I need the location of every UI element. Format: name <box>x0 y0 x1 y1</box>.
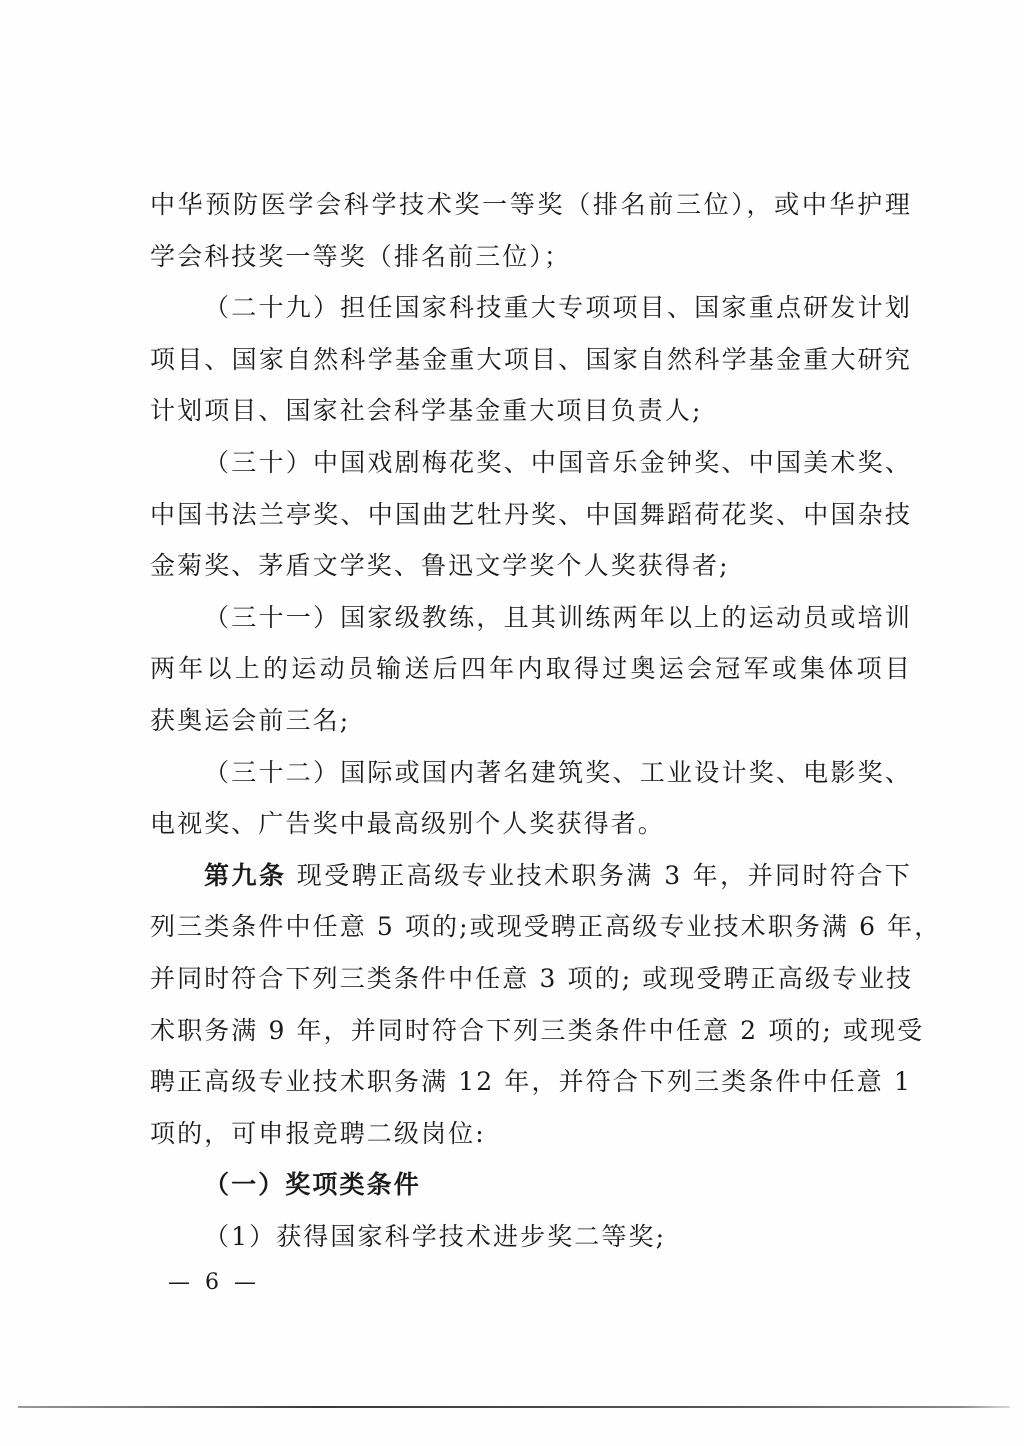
text-line: 电视奖、广告奖中最高级别个人奖获得者。 <box>150 798 912 850</box>
article-9-first-line: 第九条 现受聘正高级专业技术职务满 3 年，并同时符合下 <box>150 850 912 902</box>
section-heading-awards: （一）奖项类条件 <box>150 1159 912 1211</box>
text-line: 计划项目、国家社会科学基金重大项目负责人; <box>150 385 912 437</box>
text-line: 并同时符合下列三类条件中任意 3 项的; 或现受聘正高级专业技 <box>150 953 912 1005</box>
article-text: 现受聘正高级专业技术职务满 3 年，并同时符合下 <box>286 861 912 890</box>
text-line: 中国书法兰亭奖、中国曲艺牡丹奖、中国舞蹈荷花奖、中国杂技 <box>150 489 912 541</box>
document-page: 中华预防医学会科学技术奖一等奖（排名前三位），或中华护理 学会科技奖一等奖（排名… <box>0 0 1024 1446</box>
text-line: 列三类条件中任意 5 项的;或现受聘正高级专业技术职务满 6 年， <box>150 901 912 953</box>
text-line: 中华预防医学会科学技术奖一等奖（排名前三位），或中华护理 <box>150 179 912 231</box>
text-line: 聘正高级专业技术职务满 12 年，并符合下列三类条件中任意 1 <box>150 1056 912 1108</box>
list-item-30-line: （三十）中国戏剧梅花奖、中国音乐金钟奖、中国美术奖、 <box>150 437 912 489</box>
text-line: 项的，可申报竞聘二级岗位: <box>150 1108 912 1160</box>
text-line: 两年以上的运动员输送后四年内取得过奥运会冠军或集体项目 <box>150 643 912 695</box>
text-line: 金菊奖、茅盾文学奖、鲁迅文学奖个人奖获得者; <box>150 540 912 592</box>
page-number: — 6 — <box>168 1266 260 1300</box>
document-body: 中华预防医学会科学技术奖一等奖（排名前三位），或中华护理 学会科技奖一等奖（排名… <box>150 179 912 1262</box>
list-item-31-line: （三十一）国家级教练，且其训练两年以上的运动员或培训 <box>150 592 912 644</box>
text-line: 术职务满 9 年，并同时符合下列三类条件中任意 2 项的; 或现受 <box>150 1005 912 1057</box>
list-item-29-line: （二十九）担任国家科技重大专项项目、国家重点研发计划 <box>150 282 912 334</box>
scan-edge-line <box>18 1406 1010 1408</box>
text-line: 项目、国家自然科学基金重大项目、国家自然科学基金重大研究 <box>150 334 912 386</box>
text-line: 学会科技奖一等奖（排名前三位）； <box>150 231 912 283</box>
article-heading: 第九条 <box>204 861 286 890</box>
text-line: 获奥运会前三名; <box>150 695 912 747</box>
condition-item-1: （1）获得国家科学技术进步奖二等奖; <box>150 1211 912 1263</box>
list-item-32-line: （三十二）国际或国内著名建筑奖、工业设计奖、电影奖、 <box>150 747 912 799</box>
